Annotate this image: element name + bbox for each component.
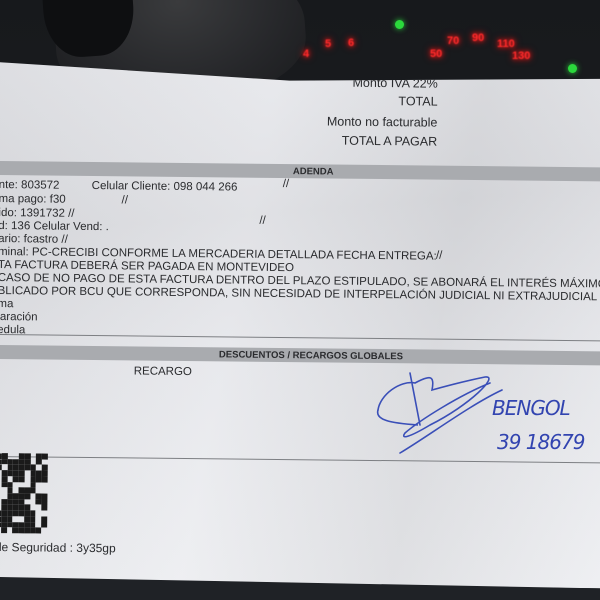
gauge-number: 90	[472, 32, 484, 44]
recargo-label: RECARGO	[134, 365, 192, 378]
forma-pago-line: ma pago: f30	[0, 193, 66, 206]
divider	[0, 334, 600, 341]
indicator-light	[395, 20, 404, 29]
gauge-number: 6	[348, 37, 354, 49]
total-label: TOTAL	[398, 94, 437, 108]
gauge-number: 4	[303, 48, 309, 60]
adenda-title: ADENDA	[293, 166, 334, 177]
pedido-line: ido: 1391732 //	[0, 207, 75, 220]
gauge-number: 50	[430, 48, 442, 60]
usuario-line: ario: fcastro //	[0, 233, 68, 246]
security-code: de Seguridad : 3y35gp	[0, 540, 116, 555]
descuentos-header: DESCUENTOS / RECARGOS GLOBALES	[0, 345, 600, 365]
gauge-number: 110	[497, 38, 515, 50]
separator: //	[436, 250, 443, 262]
aclaracion-line: laración	[0, 311, 38, 323]
vendedor-line: d: 136 Celular Vend: .	[0, 220, 109, 233]
no-facturable-label: Monto no facturable	[327, 114, 438, 129]
adenda-header: ADENDA	[0, 161, 600, 181]
firma-line: ma	[0, 298, 14, 310]
descuentos-title: DESCUENTOS / RECARGOS GLOBALES	[219, 349, 403, 362]
gauge-number: 130	[512, 50, 530, 62]
handwritten-id: 39 18679	[497, 430, 584, 454]
separator: //	[259, 215, 266, 227]
indicator-light	[568, 64, 577, 73]
handwritten-name: BENGOL	[492, 396, 570, 420]
separator: //	[121, 194, 128, 206]
celular-cliente-line: Celular Cliente: 098 044 266	[92, 180, 238, 194]
gauge-number: 70	[447, 35, 459, 47]
gauge-number: 5	[325, 38, 331, 50]
cliente-line: nte: 803572	[0, 179, 60, 192]
separator: //	[283, 178, 290, 190]
total-pagar-label: TOTAL A PAGAR	[342, 134, 438, 149]
invoice-paper: Monto IVA 22% TOTAL Monto no facturable …	[0, 62, 600, 588]
qr-code	[0, 453, 48, 534]
